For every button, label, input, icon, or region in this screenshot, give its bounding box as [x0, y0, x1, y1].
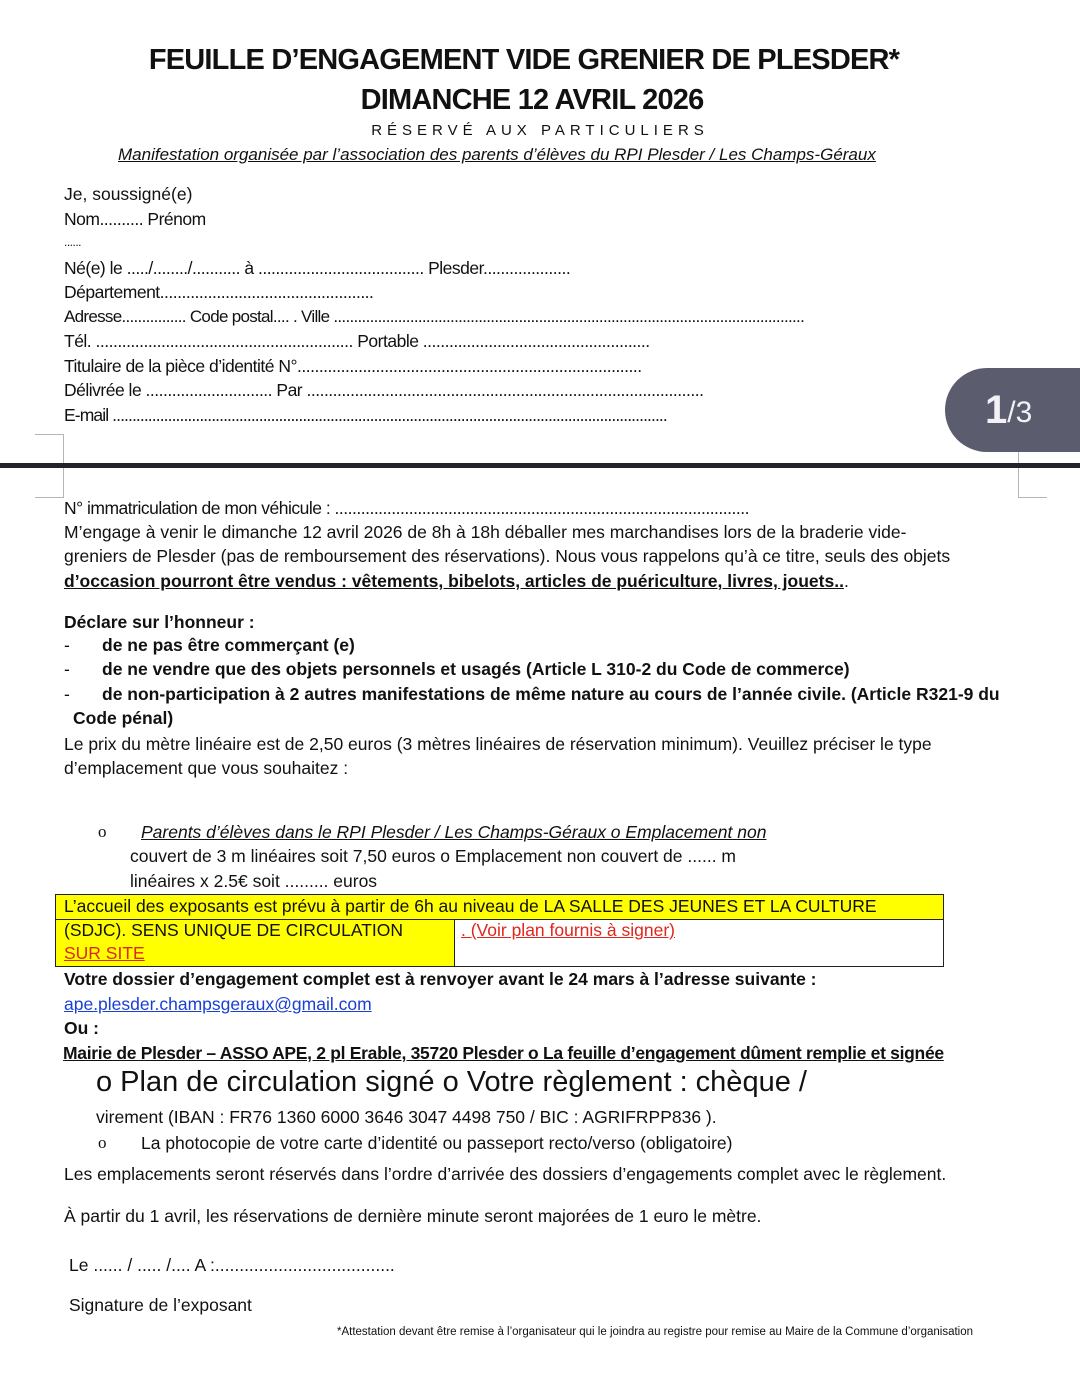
option-line3: linéaires x 2.5€ soit ......... euros	[130, 870, 377, 892]
name-field-line: Nom.......... Prénom	[64, 208, 206, 230]
organizer-line: Manifestation organisée par l’associatio…	[118, 145, 876, 165]
declaration-heading: Déclare sur l’honneur :	[64, 611, 255, 633]
event-date-title: DIMANCHE 12 AVRIL 2026	[0, 84, 1072, 117]
notice-welcome-text: L’accueil des exposants est prévu à part…	[64, 896, 877, 917]
pricing-line2: d’emplacement que vous souhaitez :	[64, 757, 348, 779]
contact-email-link[interactable]: ape.plesder.champsgeraux@gmail.com	[64, 993, 372, 1015]
pricing-line1: Le prix du mètre linéaire est de 2,50 eu…	[64, 733, 932, 755]
reserved-subtitle: RÉSERVÉ AUX PARTICULIERS	[0, 122, 1080, 139]
required-docs-line: o Plan de circulation signé o Votre règl…	[96, 1066, 807, 1099]
postal-address-line: Mairie de Plesder – ASSO APE, 2 pl Erabl…	[63, 1042, 944, 1064]
page-current: 1	[985, 388, 1007, 433]
declaration-item-continuation: Code pénal)	[73, 708, 173, 729]
option-line2: couvert de 3 m linéaires soit 7,50 euros…	[130, 845, 736, 867]
dash-bullet: -	[64, 635, 70, 656]
id-number-field-line: Titulaire de la pièce d’identité N°.....…	[64, 355, 642, 377]
allowed-items-tail: .	[844, 571, 849, 591]
notice-on-site-text: SUR SITE	[64, 943, 145, 964]
id-copy-line: La photocopie de votre carte d’identité …	[141, 1132, 732, 1154]
page-indicator: 1/3	[945, 368, 1080, 452]
notice-left-cell: (SDJC). SENS UNIQUE DE CIRCULATION SUR S…	[56, 920, 455, 966]
department-field-line: Département.............................…	[64, 281, 373, 303]
document-title: FEUILLE D’ENGAGEMENT VIDE GRENIER DE PLE…	[0, 44, 1064, 77]
footnote: *Attestation devant être remise à l’orga…	[337, 1326, 973, 1338]
issued-field-line: Délivrée le ............................…	[64, 379, 703, 401]
vehicle-field-line: N° immatriculation de mon véhicule : ...…	[64, 497, 749, 519]
name-dots-line: ......	[64, 231, 81, 253]
dash-bullet: -	[64, 659, 70, 680]
engagement-paragraph-line1: M’engage à venir le dimanche 12 avril 20…	[64, 521, 906, 543]
dash-bullet: -	[64, 684, 70, 705]
declaration-item: de non-participation à 2 autres manifest…	[102, 684, 1000, 705]
or-label: Ou :	[64, 1017, 99, 1039]
engagement-paragraph-line3: d’occasion pourront être vendus : vêteme…	[64, 570, 849, 592]
signature-label: Signature de l’exposant	[69, 1294, 252, 1316]
late-fee-note: À partir du 1 avril, les réservations de…	[64, 1205, 761, 1227]
submission-deadline: Votre dossier d’engagement complet est à…	[64, 968, 817, 990]
option-parents-line: Parents d’élèves dans le RPI Plesder / L…	[141, 821, 766, 843]
plan-reference-link[interactable]: . (Voir plan fournis à signer)	[461, 920, 675, 941]
declaration-item: de ne pas être commerçant (e)	[102, 635, 355, 656]
email-field-line: E-mail .................................…	[64, 404, 667, 426]
bank-details-line: virement (IBAN : FR76 1360 6000 3646 304…	[96, 1106, 717, 1128]
date-place-field-line: Le ...... / ..... /.... A :.............…	[69, 1254, 395, 1276]
notice-circulation-text: (SDJC). SENS UNIQUE DE CIRCULATION	[64, 920, 403, 941]
page-separator	[0, 463, 1080, 468]
page-total: /3	[1007, 396, 1032, 430]
reservation-order-note: Les emplacements seront réservés dans l’…	[64, 1163, 946, 1185]
engagement-paragraph-line2: greniers de Plesder (pas de remboursemen…	[64, 545, 950, 567]
soussigne-line: Je, soussigné(e)	[64, 183, 192, 205]
exhibitor-notice-box: L’accueil des exposants est prévu à part…	[55, 894, 944, 967]
allowed-items-text: d’occasion pourront être vendus : vêteme…	[64, 571, 844, 591]
declaration-item: de ne vendre que des objets personnels e…	[102, 659, 850, 680]
doc-bullet: o	[98, 1133, 107, 1153]
option-bullet: o	[98, 822, 107, 842]
address-field-line: Adresse................ Code postal.... …	[64, 306, 804, 328]
notice-right-cell: . (Voir plan fournis à signer)	[455, 920, 943, 966]
notice-row-highlight: L’accueil des exposants est prévu à part…	[56, 895, 943, 920]
phone-field-line: Tél. ...................................…	[64, 330, 650, 352]
birth-field-line: Né(e) le ...../......../........... à ..…	[64, 257, 570, 279]
